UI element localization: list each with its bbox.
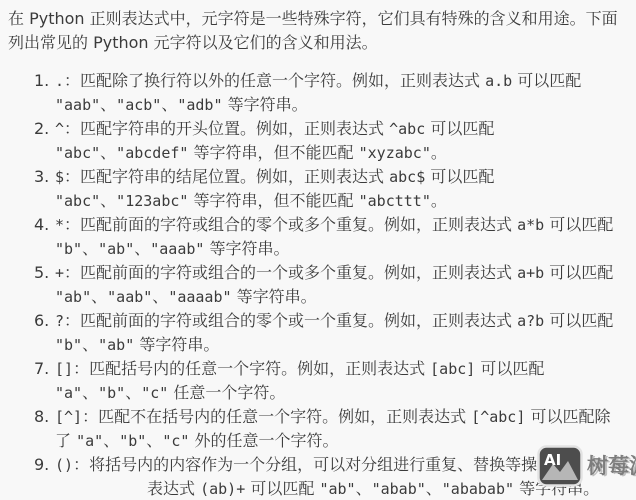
list-text: ：匹配不在括号内的任意一个字符。例如，正则表达式 (82, 407, 471, 426)
regex-token: "abc" (55, 192, 100, 210)
list-text: 、 (103, 431, 119, 450)
list-text: 、 (356, 479, 372, 498)
regex-token: "adb" (177, 96, 222, 114)
list-text: 、 (146, 431, 162, 450)
regex-token: "ab" (319, 480, 355, 498)
regex-token: "abcttt" (359, 192, 431, 210)
page-root: 在 Python 正则表达式中，元字符是一些特殊字符，它们具有特殊的含义和用途。… (0, 0, 636, 500)
regex-token: a.b (485, 72, 512, 90)
list-text: 、 (125, 383, 141, 402)
list-text: 、 (100, 143, 116, 162)
list-text: 可以匹配 (512, 71, 581, 90)
list-text: 、 (82, 383, 98, 402)
list-number: 6. (34, 309, 49, 333)
list-text: 、 (100, 191, 116, 210)
meta-list: 1..：匹配除了换行符以外的任意一个字符。例如，正则表达式 a.b 可以匹配 "… (8, 69, 626, 500)
regex-token: "ab" (55, 288, 91, 306)
list-item: 7.[]：匹配括号内的任意一个字符。例如，正则表达式 [abc] 可以匹配 "a… (55, 357, 626, 405)
list-text: 、 (82, 335, 98, 354)
list-text: 。 (431, 191, 447, 210)
list-text: 可以匹配 (544, 215, 613, 234)
regex-token: . (55, 72, 64, 90)
regex-token: "b" (55, 336, 82, 354)
list-text: ：匹配除了换行符以外的任意一个字符。例如，正则表达式 (64, 71, 485, 90)
list-text: 。 (431, 143, 447, 162)
list-text: 等字符串，但不能匹配 (188, 191, 358, 210)
regex-token: "ab" (98, 336, 134, 354)
regex-token: "abc" (55, 144, 100, 162)
regex-token: "b" (55, 240, 82, 258)
regex-token: "ababab" (442, 480, 514, 498)
watermark: AI 树莓派 (537, 445, 636, 487)
list-text: 可以匹配 (544, 311, 613, 330)
intro-paragraph: 在 Python 正则表达式中，元字符是一些特殊字符，它们具有特殊的含义和用途。… (8, 7, 626, 55)
ai-image-badge-icon: AI (537, 445, 583, 487)
watermark-label: 树莓派 (587, 454, 636, 478)
regex-token: "aaab" (150, 240, 204, 258)
regex-token: "ab" (98, 240, 134, 258)
list-text: ：将括号内的内容作为一个分组，可以对分组进行重复、替换等操作 (73, 455, 553, 474)
regex-token: [abc] (430, 360, 475, 378)
list-number: 4. (34, 213, 49, 237)
list-text: 可以匹配 (425, 119, 494, 138)
list-text: 、 (134, 239, 150, 258)
regex-token: [] (55, 360, 73, 378)
regex-token: ? (55, 312, 64, 330)
regex-token: [^] (55, 408, 82, 426)
list-text: 、 (91, 287, 107, 306)
regex-token: "xyzabc" (359, 144, 431, 162)
list-text: ：匹配前面的字符或组合的零个或多个重复。例如，正则表达式 (64, 215, 517, 234)
regex-token: * (55, 216, 64, 234)
list-text: 可以匹配 (544, 263, 613, 282)
regex-token: a?b (517, 312, 544, 330)
regex-token: "123abc" (116, 192, 188, 210)
list-text: 任意一个字符。 (168, 383, 285, 402)
list-text: 、 (100, 95, 116, 114)
list-text: 等字符串，但不能匹配 (188, 143, 358, 162)
regex-token: () (55, 456, 73, 474)
list-number: 9. (34, 453, 49, 477)
list-text: ：匹配括号内的任意一个字符。例如，正则表达式 (73, 359, 430, 378)
regex-token: abc$ (389, 168, 425, 186)
list-text: ：匹配字符串的结尾位置。例如，正则表达式 (64, 167, 389, 186)
list-number: 2. (34, 117, 49, 141)
list-text: ：匹配前面的字符或组合的一个或多个重复。例如，正则表达式 (64, 263, 517, 282)
regex-token: "c" (141, 384, 168, 402)
list-text: ：匹配前面的字符或组合的零个或一个重复。例如，正则表达式 (64, 311, 517, 330)
regex-token: "aaaab" (168, 288, 231, 306)
list-text: ：匹配字符串的开头位置。例如，正则表达式 (64, 119, 389, 138)
regex-token: "b" (98, 384, 125, 402)
list-number: 3. (34, 165, 49, 189)
regex-token: "abcdef" (116, 144, 188, 162)
regex-token: ^ (55, 120, 64, 138)
regex-token: "acb" (116, 96, 161, 114)
list-item: 2.^：匹配字符串的开头位置。例如，正则表达式 ^abc 可以匹配 "abc"、… (55, 117, 626, 165)
list-text: 等字符串。 (232, 287, 317, 306)
regex-token: "aab" (107, 288, 152, 306)
list-item: 6.?：匹配前面的字符或组合的零个或一个重复。例如，正则表达式 a?b 可以匹配… (55, 309, 626, 357)
list-text: 、 (426, 479, 442, 498)
list-text: 可以匹配 (475, 359, 544, 378)
list-text: 表达式 (147, 479, 200, 498)
regex-token: "b" (119, 432, 146, 450)
regex-token: + (55, 264, 64, 282)
list-item: 4.*：匹配前面的字符或组合的零个或多个重复。例如，正则表达式 a*b 可以匹配… (55, 213, 626, 261)
list-number: 8. (34, 405, 49, 429)
regex-token: a+b (517, 264, 544, 282)
list-item: 3.$：匹配字符串的结尾位置。例如，正则表达式 abc$ 可以匹配 "abc"、… (55, 165, 626, 213)
regex-token: "a" (55, 384, 82, 402)
list-text: 、 (161, 95, 177, 114)
regex-token: "a" (76, 432, 103, 450)
list-text: 可以匹配 (245, 479, 319, 498)
svg-text:AI: AI (544, 451, 561, 469)
regex-token: "c" (162, 432, 189, 450)
regex-token: $ (55, 168, 64, 186)
list-text: 外的任意一个字符。 (189, 431, 338, 450)
list-text: 等字符串。 (134, 335, 219, 354)
list-text: 可以匹配 (425, 167, 494, 186)
list-text: 等字符串。 (223, 95, 308, 114)
regex-token: "abab" (372, 480, 426, 498)
regex-token: (ab)+ (200, 480, 245, 498)
list-number: 7. (34, 357, 49, 381)
regex-token: [^abc] (471, 408, 525, 426)
regex-token: ^abc (389, 120, 425, 138)
list-item: 5.+：匹配前面的字符或组合的一个或多个重复。例如，正则表达式 a+b 可以匹配… (55, 261, 626, 309)
list-item: 1..：匹配除了换行符以外的任意一个字符。例如，正则表达式 a.b 可以匹配 "… (55, 69, 626, 117)
watermark-gap (55, 478, 147, 494)
regex-token: "aab" (55, 96, 100, 114)
list-text: 、 (82, 239, 98, 258)
list-number: 1. (34, 69, 49, 93)
list-number: 5. (34, 261, 49, 285)
list-text: 等字符串。 (204, 239, 289, 258)
regex-token: a*b (517, 216, 544, 234)
list-text: 、 (152, 287, 168, 306)
